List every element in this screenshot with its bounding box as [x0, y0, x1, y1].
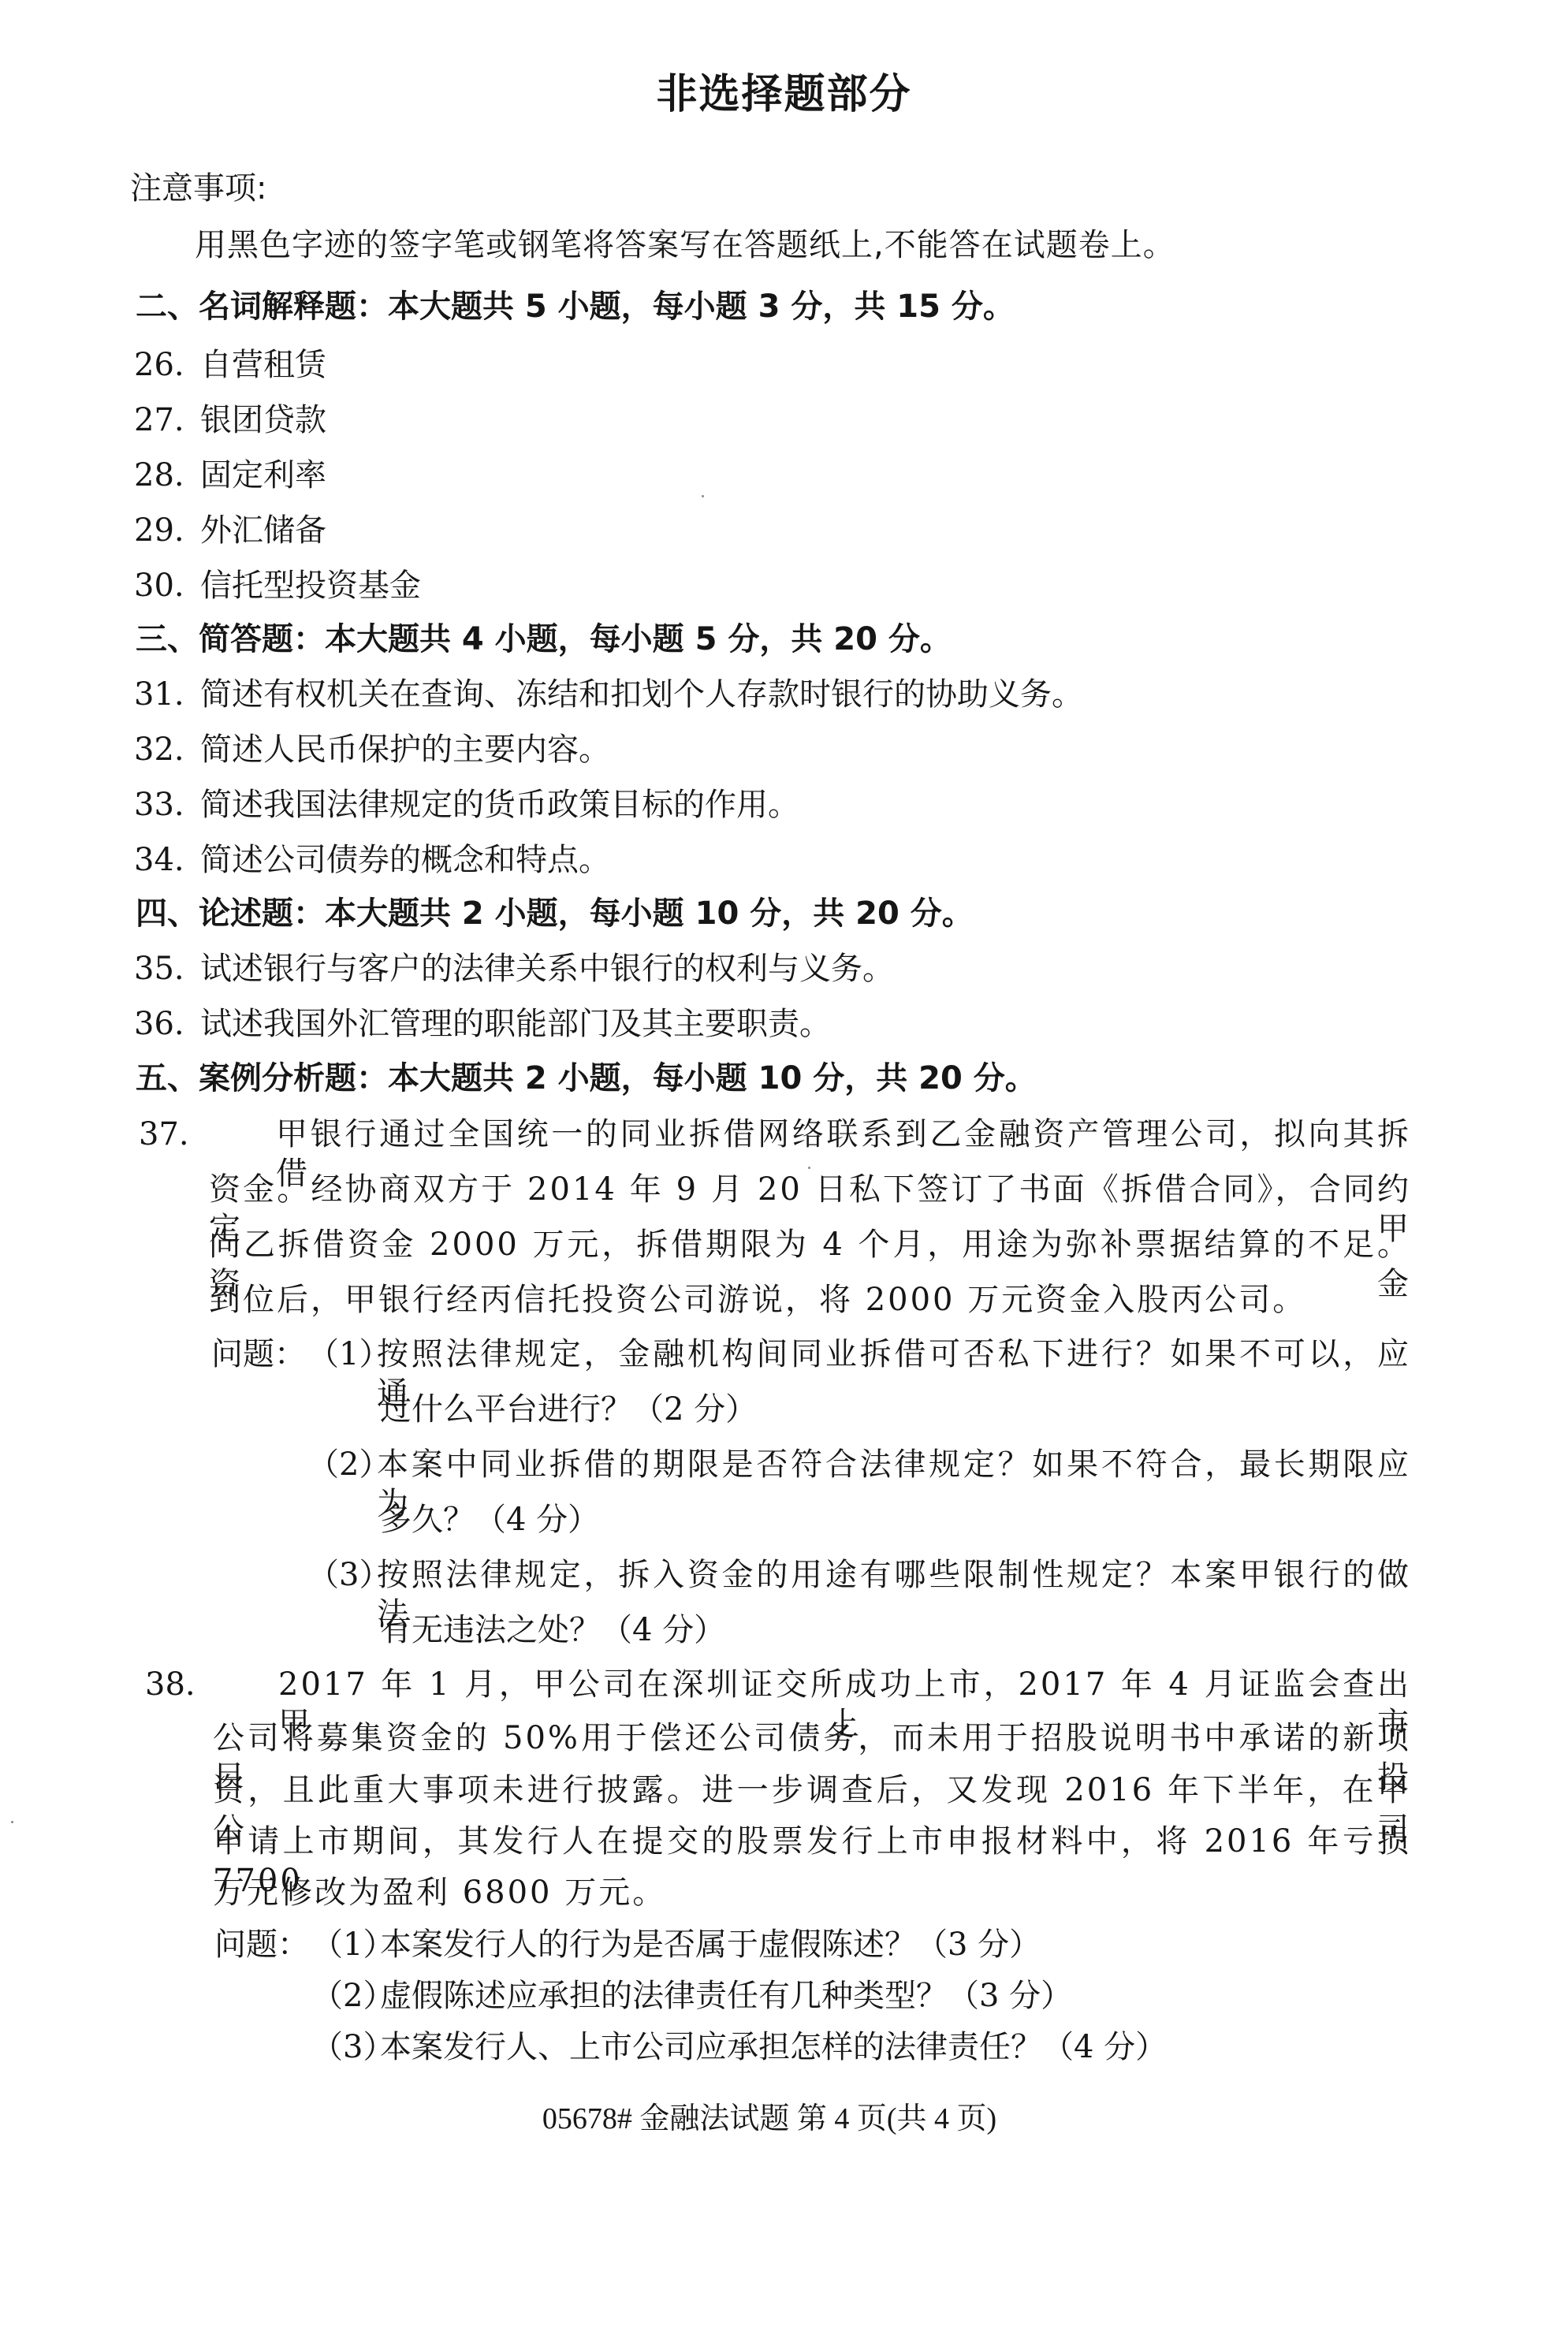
case-paragraph-line: 资，且此重大事项未进行披露。进一步调查后，又发现 2016 年下半年，在甲公司	[213, 1770, 1411, 1810]
case-question-line: 本案发行人的行为是否属于虚假陈述？（3 分）	[380, 1925, 1041, 1964]
case-number: 37.	[139, 1115, 189, 1154]
case-paragraph-line: 到位后，甲银行经丙信托投资公司游说，将 2000 万元资金入股丙公司。	[209, 1280, 1306, 1320]
case-questions-label: 问题：	[214, 1925, 309, 1964]
case-paragraph-line: 甲银行通过全国统一的同业拆借网络联系到乙金融资产管理公司，拟向其拆借	[276, 1115, 1411, 1154]
question-text: 简述公司债券的概念和特点。	[200, 842, 610, 878]
case-paragraph-line: 公司将募集资金的 50%用于偿还公司债务，而未用于招股说明书中承诺的新项目投	[213, 1718, 1411, 1758]
question-item: 29.外汇储备	[134, 511, 326, 550]
case-question-line: 虚假陈述应承担的法律责任有几种类型？（3 分）	[380, 1976, 1072, 2016]
case-paragraph-line: 申请上市期间，其发行人在提交的股票发行上市申报材料中，将 2016 年亏损 77…	[213, 1822, 1411, 1861]
section-heading-3: 三、简答题：本大题共 4 小题，每小题 5 分，共 20 分。	[136, 620, 952, 659]
question-item: 31.简述有权机关在查询、冻结和扣划个人存款时银行的协助义务。	[134, 675, 1083, 714]
scan-speck	[808, 1167, 810, 1169]
notice-text: 用黑色字迹的签字笔或钢笔将答案写在答题纸上,不能答在试题卷上。	[195, 225, 1175, 265]
page-footer: 05678# 金融法试题 第 4 页(共 4 页)	[0, 2099, 1539, 2139]
case-questions-label: 问题：	[211, 1335, 306, 1374]
notice-label: 注意事项:	[130, 169, 266, 208]
case-number: 38.	[145, 1665, 196, 1704]
question-number: 29.	[134, 511, 200, 550]
question-number: 34.	[134, 840, 200, 880]
question-text: 银团贷款	[200, 402, 326, 438]
question-text: 简述人民币保护的主要内容。	[200, 732, 610, 768]
case-question-line: 过什么平台进行？（2 分）	[380, 1390, 757, 1429]
case-question-line: 本案中同业拆借的期限是否符合法律规定？如果不符合，最长期限应为	[377, 1445, 1411, 1484]
question-text: 信托型投资基金	[200, 568, 421, 604]
case-question-line: 本案发行人、上市公司应承担怎样的法律责任？（4 分）	[380, 2027, 1167, 2067]
question-item: 34.简述公司债券的概念和特点。	[134, 840, 610, 880]
scan-speck	[702, 495, 704, 497]
question-number: 28.	[134, 456, 200, 495]
page-title: 非选择题部分	[0, 71, 1568, 118]
question-number: 26.	[134, 345, 200, 385]
question-number: 31.	[134, 675, 200, 714]
scan-speck	[11, 1821, 13, 1823]
question-text: 固定利率	[200, 457, 326, 493]
question-text: 外汇储备	[200, 512, 326, 549]
question-item: 35.试述银行与客户的法律关系中银行的权利与义务。	[134, 949, 894, 988]
question-text: 简述我国法律规定的货币政策目标的作用。	[200, 787, 799, 823]
question-item: 26.自营租赁	[134, 345, 326, 385]
question-number: 36.	[134, 1004, 200, 1044]
question-item: 28.固定利率	[134, 456, 326, 495]
question-item: 36.试述我国外汇管理的职能部门及其主要职责。	[134, 1004, 831, 1044]
case-paragraph-line: 2017 年 1 月，甲公司在深圳证交所成功上市，2017 年 4 月证监会查出…	[278, 1665, 1411, 1704]
question-item: 27.银团贷款	[134, 400, 326, 440]
question-number: 35.	[134, 949, 200, 988]
question-item: 33.简述我国法律规定的货币政策目标的作用。	[134, 785, 799, 825]
case-paragraph-line: 万元修改为盈利 6800 万元。	[213, 1873, 666, 1912]
question-text: 自营租赁	[200, 347, 326, 383]
question-text: 试述银行与客户的法律关系中银行的权利与义务。	[200, 951, 894, 987]
section-heading-4: 四、论述题：本大题共 2 小题，每小题 10 分，共 20 分。	[136, 894, 974, 933]
case-question-line: 按照法律规定，拆入资金的用途有哪些限制性规定？本案甲银行的做法	[377, 1555, 1411, 1595]
question-number: 30.	[134, 566, 200, 605]
question-number: 27.	[134, 400, 200, 440]
exam-page: 非选择题部分 注意事项: 用黑色字迹的签字笔或钢笔将答案写在答题纸上,不能答在试…	[0, 0, 1568, 2338]
question-number: 32.	[134, 730, 200, 769]
case-question-line: 多久？（4 分）	[380, 1500, 599, 1539]
question-number: 33.	[134, 785, 200, 825]
section-heading-5: 五、案例分析题：本大题共 2 小题，每小题 10 分，共 20 分。	[136, 1059, 1037, 1098]
case-paragraph-line: 资金。经协商双方于 2014 年 9 月 20 日私下签订了书面《拆借合同》，合…	[209, 1170, 1411, 1209]
question-item: 32.简述人民币保护的主要内容。	[134, 730, 610, 769]
case-paragraph-line: 向乙拆借资金 2000 万元，拆借期限为 4 个月，用途为弥补票据结算的不足。资…	[209, 1225, 1411, 1264]
case-question-line: 有无违法之处？（4 分）	[380, 1610, 725, 1650]
case-question-line: 按照法律规定，金融机构间同业拆借可否私下进行？如果不可以，应通	[377, 1335, 1411, 1374]
section-heading-2: 二、名词解释题：本大题共 5 小题，每小题 3 分，共 15 分。	[136, 287, 1015, 326]
question-item: 30.信托型投资基金	[134, 566, 421, 605]
question-text: 试述我国外汇管理的职能部门及其主要职责。	[200, 1006, 831, 1042]
question-text: 简述有权机关在查询、冻结和扣划个人存款时银行的协助义务。	[200, 676, 1083, 713]
